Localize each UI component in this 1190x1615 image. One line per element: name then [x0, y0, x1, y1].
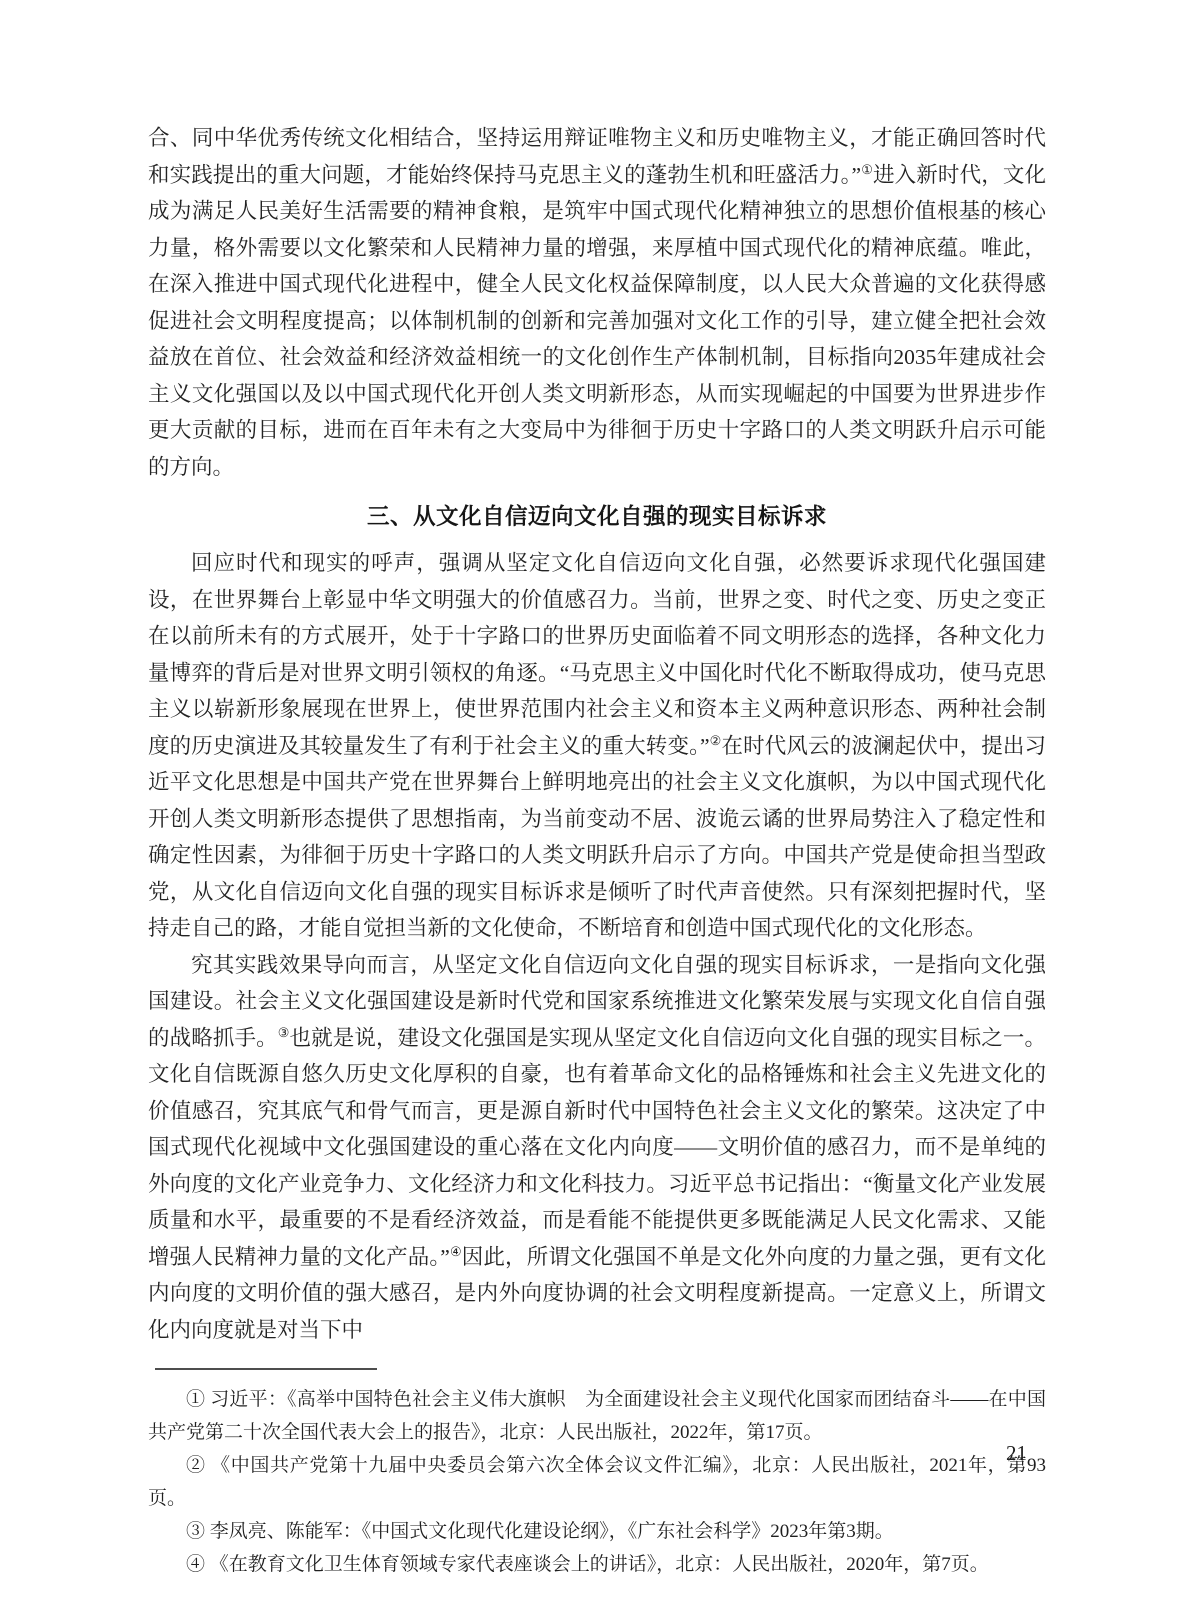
footnote-3: ③ 李凤亮、陈能军：《中国式文化现代化建设论纲》，《广东社会科学》2023年第3…	[148, 1515, 1046, 1548]
page-body: 合、同中华优秀传统文化相结合，坚持运用辩证唯物主义和历史唯物主义，才能正确回答时…	[148, 120, 1046, 1581]
footnote-2: ② 《中国共产党第十九届中央委员会第六次全体会议文件汇编》，北京：人民出版社，2…	[148, 1449, 1046, 1515]
footnote-4: ④ 《在教育文化卫生体育领域专家代表座谈会上的讲话》，北京：人民出版社，2020…	[148, 1548, 1046, 1581]
document-page: 合、同中华优秀传统文化相结合，坚持运用辩证唯物主义和历史唯物主义，才能正确回答时…	[0, 0, 1190, 1615]
footnote-divider	[155, 1368, 377, 1370]
page-number: 21	[1006, 1438, 1027, 1468]
footnote-1: ① 习近平：《高举中国特色社会主义伟大旗帜 为全面建设社会主义现代化国家而团结奋…	[148, 1383, 1046, 1449]
body-paragraph-continuation: 合、同中华优秀传统文化相结合，坚持运用辩证唯物主义和历史唯物主义，才能正确回答时…	[148, 120, 1046, 485]
footnotes-section: ① 习近平：《高举中国特色社会主义伟大旗帜 为全面建设社会主义现代化国家而团结奋…	[148, 1368, 1046, 1581]
section-heading: 三、从文化自信迈向文化自强的现实目标诉求	[148, 500, 1046, 534]
body-paragraph-2: 究其实践效果导向而言，从坚定文化自信迈向文化自强的现实目标诉求，一是指向文化强国…	[148, 947, 1046, 1349]
body-paragraph-1: 回应时代和现实的呼声，强调从坚定文化自信迈向文化自强，必然要诉求现代化强国建设，…	[148, 545, 1046, 947]
